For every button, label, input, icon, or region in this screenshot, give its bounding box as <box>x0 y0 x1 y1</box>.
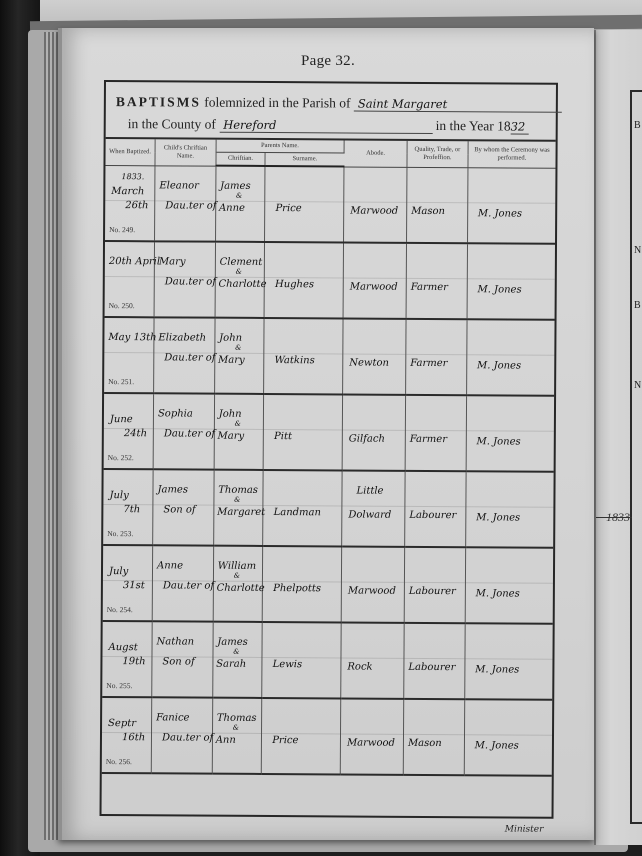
mother-name: Anne <box>219 203 245 214</box>
ruled-line <box>104 352 153 353</box>
abode: Gilfach <box>349 434 385 445</box>
register-entry: July 7th No. 253. James Son of Thomas & … <box>103 469 553 548</box>
abode-prefix: Little <box>356 486 383 497</box>
ampersand: & <box>234 496 240 504</box>
child-name: Mary <box>159 257 186 268</box>
trade: Farmer <box>411 282 448 293</box>
ruled-line <box>105 276 154 277</box>
cell-trade: Farmer <box>405 395 466 471</box>
ampersand: & <box>236 268 242 276</box>
cell-child: James Son of <box>153 470 214 546</box>
cell-parents-christian: James & Anne <box>215 166 265 242</box>
cell-when: July 31st No. 254. <box>103 545 153 621</box>
cell-child: Nathan Son of <box>152 622 213 698</box>
cell-surname: Lewis <box>262 622 341 698</box>
minister-signature: Minister <box>505 824 544 834</box>
entry-year: 1833. <box>121 172 144 181</box>
title-line-parish: BAPTISMS folemnized in the Parish of Sai… <box>116 94 562 113</box>
register-entry: 1833. March 26th No. 249. Eleanor Dau.te… <box>105 165 555 244</box>
register-page: Page 32. BAPTISMS folemnized in the Pari… <box>58 28 594 840</box>
entry-month: July <box>109 490 128 501</box>
abode: Marwood <box>350 282 398 293</box>
ruled-line <box>405 506 465 507</box>
ampersand: & <box>235 344 241 352</box>
register-entry: Augst 19th No. 255. Nathan Son of James … <box>102 621 552 700</box>
ruled-line <box>467 431 554 433</box>
ruled-line <box>468 202 555 204</box>
header-child: Child's Chriftian Name. <box>155 139 216 166</box>
minister: M. Jones <box>477 361 521 372</box>
father-name: Thomas <box>217 713 257 724</box>
surname: Watkins <box>275 355 315 366</box>
minister: M. Jones <box>478 208 522 219</box>
cell-trade: Labourer <box>405 471 466 547</box>
cell-abode: Rock <box>341 623 404 699</box>
cell-trade: Farmer <box>406 319 467 395</box>
surname: Lewis <box>273 659 303 670</box>
ampersand: & <box>234 572 240 580</box>
cell-when: May 13th No. 251. <box>104 317 154 393</box>
ruled-line <box>466 507 553 509</box>
ruled-line <box>342 582 404 583</box>
father-name: Clement <box>220 257 263 268</box>
header-abode: Abode. <box>344 140 407 167</box>
entry-number: No. 249. <box>109 225 135 234</box>
facing-page-register-frame <box>630 90 642 824</box>
cell-surname: Hughes <box>264 242 343 318</box>
abode: Dolward <box>348 510 391 521</box>
cell-parents-christian: John & Mary <box>214 318 264 394</box>
cell-child: Anne Dau.ter of <box>152 546 213 622</box>
mother-name: Mary <box>218 431 245 442</box>
ruled-line <box>468 279 555 281</box>
ruled-line <box>406 354 466 355</box>
cell-abode: Newton <box>343 319 406 395</box>
cell-trade: Labourer <box>404 623 465 699</box>
cell-child: Mary Dau.ter of <box>154 242 215 318</box>
facing-page-letter: B <box>634 300 641 311</box>
child-name: Fanice <box>156 713 189 724</box>
cell-abode: Little Dolward <box>342 471 405 547</box>
trade: Mason <box>411 206 445 217</box>
ampersand: & <box>233 648 239 656</box>
entry-day: 31st <box>123 580 145 591</box>
cell-abode: Marwood <box>340 699 403 775</box>
page-edges <box>44 32 58 840</box>
surname: Landman <box>274 507 321 518</box>
ampersand: & <box>235 420 241 428</box>
cell-parents-christian: William & Charlotte <box>213 546 263 622</box>
cell-child: Elizabeth Dau.ter of <box>154 318 215 394</box>
title-solemnized: folemnized in the Parish of <box>204 95 350 111</box>
father-name: John <box>219 333 242 344</box>
cell-when: July 7th No. 253. <box>103 469 153 545</box>
ruled-line <box>407 202 467 203</box>
baptism-register: BAPTISMS folemnized in the Parish of Sai… <box>100 80 558 819</box>
minister: M. Jones <box>475 665 519 676</box>
ruled-line <box>343 354 405 355</box>
cell-abode: Marwood <box>341 547 404 623</box>
trade: Farmer <box>410 358 447 369</box>
cell-trade: Labourer <box>404 547 465 623</box>
ruled-line <box>404 658 464 659</box>
trade: Labourer <box>408 662 455 673</box>
page-number: Page 32. <box>62 53 594 70</box>
cell-child: Eleanor Dau.ter of <box>155 166 216 242</box>
trade: Labourer <box>409 586 456 597</box>
title-line-county: in the County of Hereford in the Year 18… <box>128 116 529 134</box>
trade: Mason <box>408 738 442 749</box>
entry-number: No. 255. <box>106 681 132 690</box>
ampersand: & <box>233 724 239 732</box>
cell-when: Septr 16th No. 256. <box>102 697 152 773</box>
entry-number: No. 251. <box>108 377 134 386</box>
cell-parents-christian: Thomas & Ann <box>212 698 262 774</box>
child-relation: Dau.ter of <box>164 353 215 364</box>
child-relation: Son of <box>162 657 194 668</box>
child-name: Sophia <box>158 409 193 420</box>
margin-note: 1833 <box>606 510 630 525</box>
entry-day: 16th <box>122 732 145 743</box>
entry-day: 26th <box>125 200 148 211</box>
minister: M. Jones <box>476 513 520 524</box>
header-when: When Baptized. <box>105 139 155 166</box>
facing-page-letter: N <box>634 380 641 391</box>
entry-month: May 13th <box>108 332 156 343</box>
father-name: James <box>220 181 251 192</box>
ruled-line <box>466 583 553 585</box>
cell-surname: Phelpotts <box>262 546 341 622</box>
father-name: John <box>219 409 242 420</box>
mother-name: Margaret <box>217 507 265 518</box>
mother-name: Ann <box>216 735 236 746</box>
father-name: James <box>217 637 248 648</box>
entry-number: No. 253. <box>107 529 133 538</box>
mother-name: Charlotte <box>218 279 266 290</box>
cell-when: 20th April No. 250. <box>105 241 155 317</box>
header-parents-christian: Chriftian. <box>216 152 266 166</box>
title-caps: BAPTISMS <box>116 94 201 110</box>
cell-minister: M. Jones <box>466 319 554 396</box>
facing-page: B N B N 1833 <box>594 30 642 845</box>
ruled-line <box>341 658 403 659</box>
entry-month: Septr <box>108 718 136 729</box>
minister: M. Jones <box>476 589 520 600</box>
register-entry: June 24th No. 252. Sophia Dau.ter of Joh… <box>104 393 554 472</box>
entry-day: 19th <box>122 656 145 667</box>
entry-month: July <box>109 566 128 577</box>
ruled-line <box>406 430 466 431</box>
cell-when: 1833. March 26th No. 249. <box>105 165 155 241</box>
trade: Labourer <box>409 510 456 521</box>
cell-trade: Farmer <box>406 243 467 319</box>
abode: Newton <box>349 358 389 369</box>
surname: Pitt <box>274 431 292 442</box>
cell-child: Fanice Dau.ter of <box>151 698 212 774</box>
register-entry: Septr 16th No. 256. Fanice Dau.ter of Th… <box>102 697 552 776</box>
entry-month: March <box>111 186 144 197</box>
abode: Marwood <box>347 738 395 749</box>
cell-minister: M. Jones <box>467 167 555 244</box>
cell-minister: M. Jones <box>464 623 552 700</box>
register-entry: 20th April No. 250. Mary Dau.ter of Clem… <box>105 241 555 320</box>
parish-name: Saint Margaret <box>354 97 562 113</box>
child-relation: Dau.ter of <box>162 733 213 744</box>
cell-parents-christian: John & Mary <box>214 394 264 470</box>
ruled-line <box>404 734 464 735</box>
cell-minister: M. Jones <box>465 547 553 624</box>
entry-day: 7th <box>123 504 140 515</box>
surname: Hughes <box>275 279 314 290</box>
county-name: Hereford <box>219 118 432 134</box>
register-entry: July 31st No. 254. Anne Dau.ter of Willi… <box>103 545 553 624</box>
mother-name: Sarah <box>216 659 246 670</box>
child-name: Nathan <box>157 637 195 648</box>
cell-minister: M. Jones <box>464 699 552 776</box>
ruled-line <box>344 201 406 202</box>
cell-surname: Price <box>265 166 344 242</box>
ruled-line <box>341 734 403 735</box>
year-suffix: 32 <box>511 119 529 134</box>
register-title: BAPTISMS folemnized in the Parish of Sai… <box>106 82 556 142</box>
child-relation: Dau.ter of <box>165 277 216 288</box>
county-prefix: in the County of <box>128 116 216 132</box>
ruled-line <box>467 355 554 357</box>
header-by-whom: By whom the Ceremony was performed. <box>468 141 556 168</box>
header-parents: Parents Name. <box>216 140 344 153</box>
entries-table: When Baptized. Child's Chriftian Name. P… <box>102 139 556 777</box>
cell-when: June 24th No. 252. <box>104 393 154 469</box>
surname: Price <box>275 203 301 214</box>
mother-name: Charlotte <box>217 583 265 594</box>
cell-minister: M. Jones <box>467 243 555 320</box>
cell-child: Sophia Dau.ter of <box>153 394 214 470</box>
child-name: Anne <box>157 561 183 572</box>
entry-number: No. 256. <box>106 757 132 766</box>
entry-number: No. 254. <box>107 605 133 614</box>
abode: Marwood <box>348 586 396 597</box>
cell-minister: M. Jones <box>466 395 554 472</box>
ruled-line <box>465 734 552 736</box>
child-relation: Son of <box>163 505 195 516</box>
cell-when: Augst 19th No. 255. <box>102 621 152 697</box>
minister: M. Jones <box>477 285 521 296</box>
cell-parents-christian: Thomas & Margaret <box>213 470 263 546</box>
ruled-line <box>342 506 404 507</box>
cell-surname: Pitt <box>263 394 342 470</box>
cell-abode: Marwood <box>344 167 407 243</box>
cell-surname: Price <box>262 698 341 774</box>
header-parents-surname: Surname. <box>265 153 344 167</box>
child-name: Eleanor <box>159 180 199 191</box>
ruled-line <box>407 278 467 279</box>
entry-number: No. 252. <box>108 453 134 462</box>
cell-abode: Marwood <box>343 243 406 319</box>
cell-trade: Mason <box>407 167 468 243</box>
ruled-line <box>465 658 552 660</box>
child-name: James <box>157 485 188 496</box>
entry-month: Augst <box>108 642 137 653</box>
ruled-line <box>344 278 406 279</box>
entry-month: 20th April <box>109 256 160 267</box>
year-prefix: in the Year 18 <box>436 118 511 133</box>
cell-surname: Landman <box>263 470 342 546</box>
cell-abode: Gilfach <box>342 395 405 471</box>
surname: Price <box>272 735 298 746</box>
father-name: William <box>218 561 256 572</box>
cell-parents-christian: Clement & Charlotte <box>215 242 265 318</box>
child-relation: Dau.ter of <box>163 581 214 592</box>
child-name: Elizabeth <box>158 333 206 344</box>
entry-number: No. 250. <box>109 301 135 310</box>
cell-trade: Mason <box>403 699 464 775</box>
entry-day: 24th <box>124 428 147 439</box>
surname: Phelpotts <box>273 583 321 594</box>
register-entry: May 13th No. 251. Elizabeth Dau.ter of J… <box>104 317 554 396</box>
cell-minister: M. Jones <box>465 471 553 548</box>
trade: Farmer <box>410 434 447 445</box>
abode: Marwood <box>350 205 398 216</box>
ruled-line <box>405 582 465 583</box>
father-name: Thomas <box>218 485 258 496</box>
minister: M. Jones <box>477 437 521 448</box>
facing-page-letter: N <box>634 245 641 256</box>
ampersand: & <box>236 192 242 200</box>
mother-name: Mary <box>218 355 245 366</box>
ruled-line <box>343 430 405 431</box>
facing-page-letter: B <box>634 120 641 131</box>
cell-parents-christian: James & Sarah <box>212 622 262 698</box>
entry-month: June <box>110 414 133 425</box>
minister: M. Jones <box>475 741 519 752</box>
cell-surname: Watkins <box>264 318 343 394</box>
abode: Rock <box>347 662 372 673</box>
child-relation: Dau.ter of <box>164 429 215 440</box>
child-relation: Dau.ter of <box>165 200 216 211</box>
header-quality: Quality, Trade, or Profeffion. <box>407 141 468 168</box>
